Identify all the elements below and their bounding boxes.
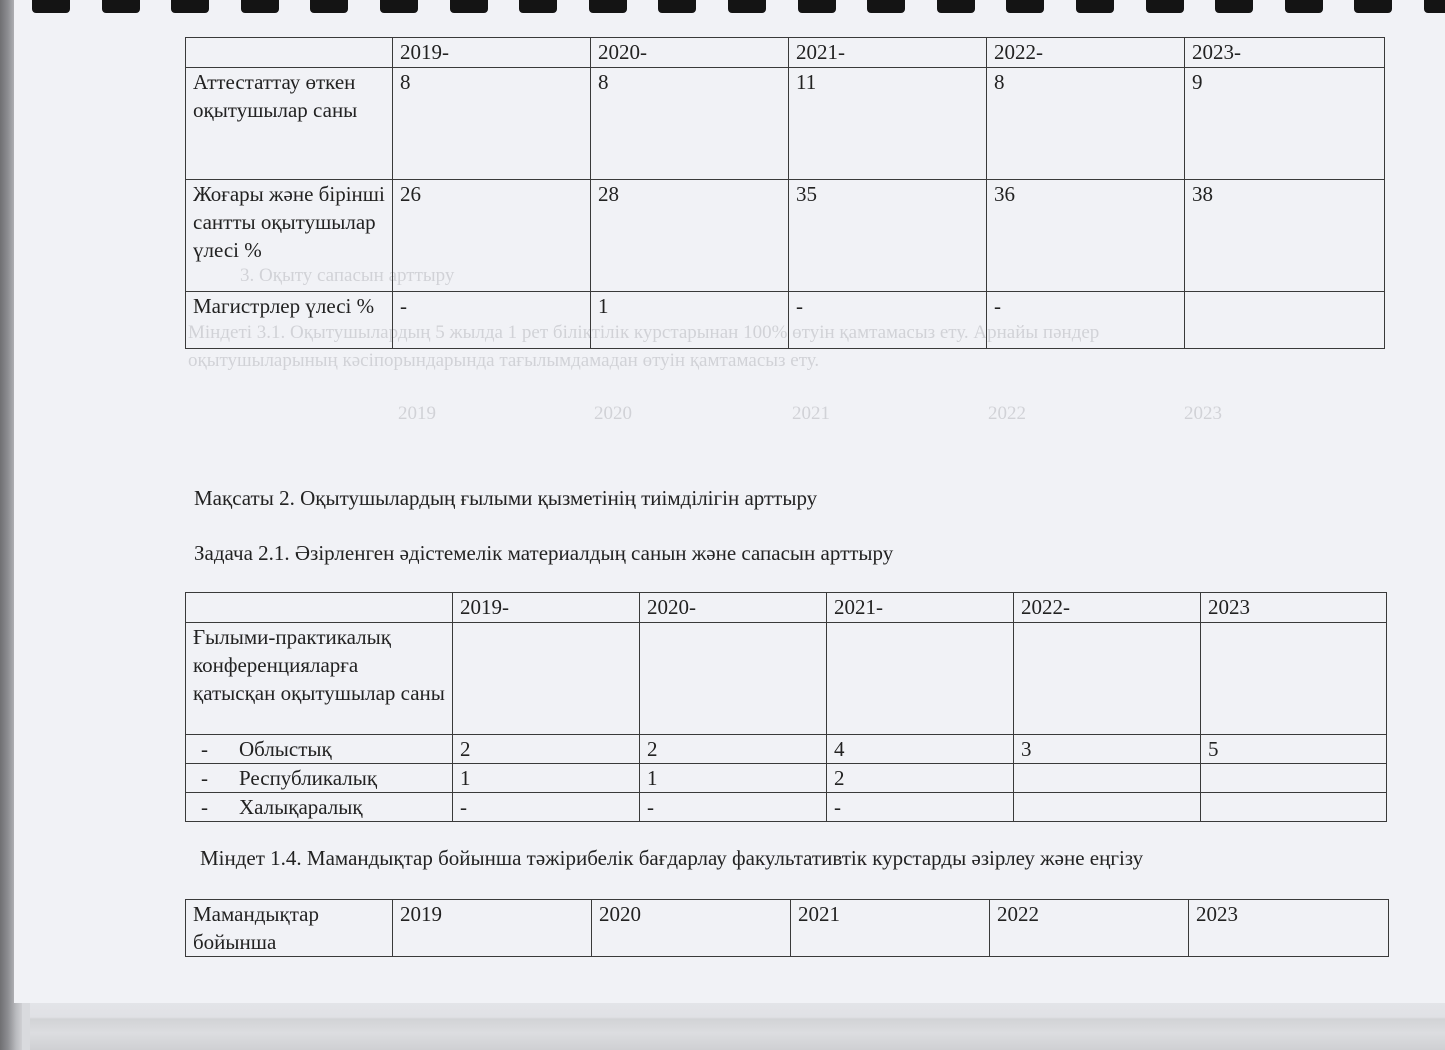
row-label: Ғылыми-практикалық конференцияларға қаты… — [186, 623, 453, 735]
binding-hole — [1354, 0, 1392, 13]
header-cell: 2022 — [990, 900, 1189, 957]
binding-hole — [1076, 0, 1114, 13]
row-label: Аттестаттау өткен оқытушылар саны — [186, 68, 393, 180]
table-header-row: Мамандықтар бойынша 2019 2020 2021 2022 … — [186, 900, 1389, 957]
binding-hole — [1424, 0, 1445, 13]
cell — [1201, 764, 1387, 793]
header-cell: 2023 — [1201, 593, 1387, 623]
header-cell — [186, 38, 393, 68]
conference-table: 2019- 2020- 2021- 2022- 2023 Ғылыми-прак… — [185, 592, 1387, 822]
cell: 1 — [591, 292, 789, 349]
binding-hole — [867, 0, 905, 13]
row-label: Магистрлер үлесі % — [186, 292, 393, 349]
row-label: -Облыстық — [186, 735, 453, 764]
bleed-through-text: оқытушыларының кәсіпорындарында тағылымд… — [188, 350, 819, 372]
cell: 28 — [591, 180, 789, 292]
row-label: Жоғары және бірінші сантты оқытушылар үл… — [186, 180, 393, 292]
binding-holes — [0, 0, 1445, 16]
cell — [1201, 793, 1387, 822]
binding-hole — [450, 0, 488, 13]
cell: - — [393, 292, 591, 349]
bleed-through-text: 2019 — [398, 403, 436, 425]
header-cell: 2022- — [987, 38, 1185, 68]
binding-hole — [102, 0, 140, 13]
cell: 11 — [789, 68, 987, 180]
underlying-pages — [30, 1003, 1445, 1050]
table-row: -Халықаралық - - - — [186, 793, 1387, 822]
header-cell: 2020- — [591, 38, 789, 68]
header-cell: 2021 — [791, 900, 990, 957]
row-label: -Республикалық — [186, 764, 453, 793]
cell: 8 — [987, 68, 1185, 180]
cell: 2 — [827, 764, 1014, 793]
binding-hole — [519, 0, 557, 13]
table-row: -Облыстық 2 2 4 3 5 — [186, 735, 1387, 764]
bleed-through-text: 2021 — [792, 403, 830, 425]
cell: 36 — [987, 180, 1185, 292]
table-header-row: 2019- 2020- 2021- 2022- 2023 — [186, 593, 1387, 623]
header-cell: Мамандықтар бойынша — [186, 900, 393, 957]
cell — [1014, 793, 1201, 822]
cell: 9 — [1185, 68, 1385, 180]
header-cell: 2021- — [827, 593, 1014, 623]
cell — [1014, 764, 1201, 793]
cell: 1 — [640, 764, 827, 793]
task-2-1-heading: Задача 2.1. Әзірленген әдістемелік матер… — [194, 541, 893, 566]
cell: 26 — [393, 180, 591, 292]
cell: - — [789, 292, 987, 349]
table-row: Жоғары және бірінші сантты оқытушылар үл… — [186, 180, 1385, 292]
cell: 5 — [1201, 735, 1387, 764]
cell: 38 — [1185, 180, 1385, 292]
cell: 2 — [453, 735, 640, 764]
binding-hole — [937, 0, 975, 13]
binding-hole — [310, 0, 348, 13]
cell: 2 — [640, 735, 827, 764]
cell: 35 — [789, 180, 987, 292]
table-row: Аттестаттау өткен оқытушылар саны 8 8 11… — [186, 68, 1385, 180]
binding-hole — [1146, 0, 1184, 13]
goal-2-heading: Мақсаты 2. Оқытушылардың ғылыми қызметін… — [194, 486, 817, 511]
cell: 8 — [393, 68, 591, 180]
header-cell: 2019- — [393, 38, 591, 68]
cell — [1185, 292, 1385, 349]
table-header-row: 2019- 2020- 2021- 2022- 2023- — [186, 38, 1385, 68]
binding-hole — [728, 0, 766, 13]
cell: - — [987, 292, 1185, 349]
cell: 4 — [827, 735, 1014, 764]
binding-hole — [32, 0, 70, 13]
binding-hole — [1006, 0, 1044, 13]
binding-hole — [658, 0, 696, 13]
cell: - — [640, 793, 827, 822]
specialty-table: Мамандықтар бойынша 2019 2020 2021 2022 … — [185, 899, 1389, 957]
binding-hole — [1215, 0, 1253, 13]
header-cell: 2021- — [789, 38, 987, 68]
binding-hole — [380, 0, 418, 13]
bleed-through-text: 2020 — [594, 403, 632, 425]
binding-hole — [589, 0, 627, 13]
cell: - — [453, 793, 640, 822]
cell: 8 — [591, 68, 789, 180]
bleed-through-text: 2022 — [988, 403, 1026, 425]
header-cell: 2023 — [1189, 900, 1389, 957]
header-cell: 2020- — [640, 593, 827, 623]
bleed-through-text: 2023 — [1184, 403, 1222, 425]
row-label: -Халықаралық — [186, 793, 453, 822]
binding-hole — [1285, 0, 1323, 13]
table-row: Ғылыми-практикалық конференцияларға қаты… — [186, 623, 1387, 735]
binding-hole — [241, 0, 279, 13]
table-row: Магистрлер үлесі % - 1 - - — [186, 292, 1385, 349]
cell: - — [827, 793, 1014, 822]
binding-hole — [171, 0, 209, 13]
header-cell: 2020 — [592, 900, 791, 957]
header-cell — [186, 593, 453, 623]
cell: 1 — [453, 764, 640, 793]
header-cell: 2019 — [393, 900, 592, 957]
cell: 3 — [1014, 735, 1201, 764]
attestation-table: 2019- 2020- 2021- 2022- 2023- Аттестатта… — [185, 37, 1385, 349]
header-cell: 2023- — [1185, 38, 1385, 68]
header-cell: 2019- — [453, 593, 640, 623]
task-1-4-heading: Міндет 1.4. Мамандықтар бойынша тәжірибе… — [200, 846, 1143, 871]
table-row: -Республикалық 1 1 2 — [186, 764, 1387, 793]
header-cell: 2022- — [1014, 593, 1201, 623]
binding-hole — [798, 0, 836, 13]
